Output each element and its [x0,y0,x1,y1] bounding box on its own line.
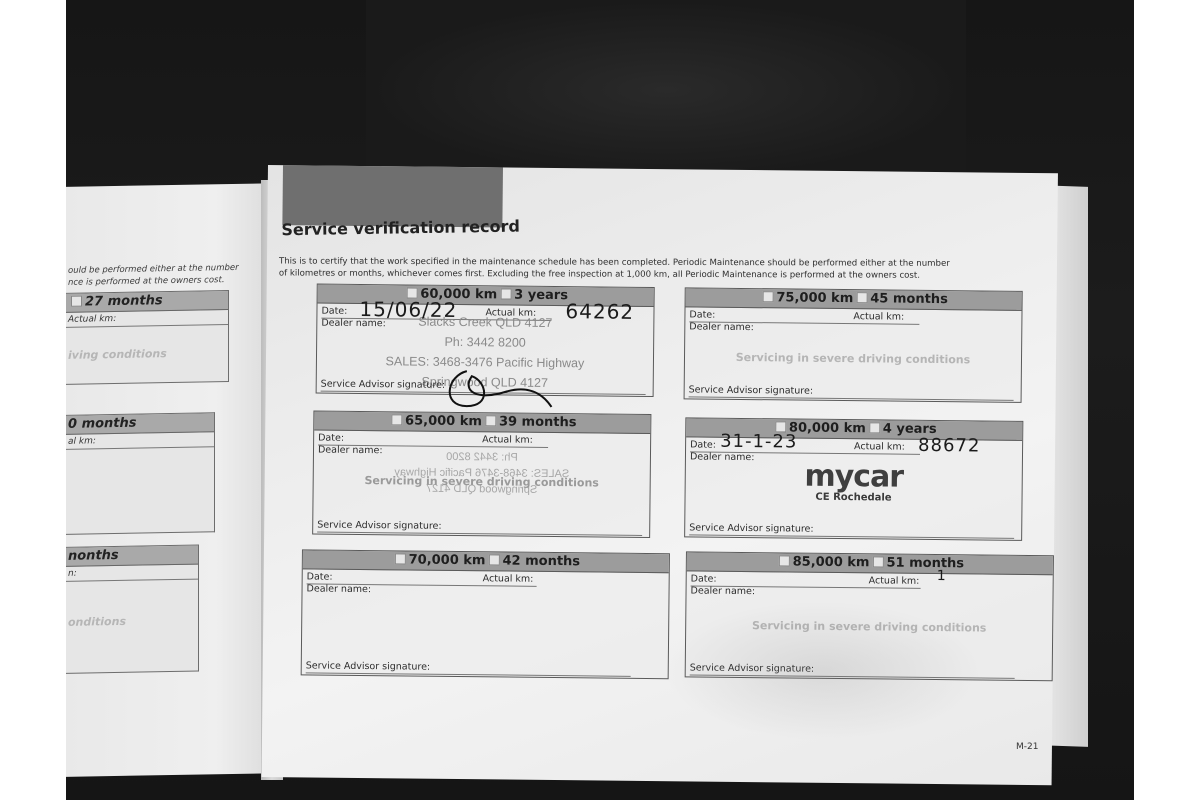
service-record-65000: 65,000 km39 months Date: Actual km: Deal… [312,410,651,538]
page-number: M-21 [1016,742,1038,752]
checkbox[interactable] [762,291,773,302]
checkbox[interactable] [488,554,499,565]
handwritten-date: 31-1-23 [720,431,797,453]
handwritten-km: 88672 [918,435,980,457]
handwritten-km: 64262 [565,299,634,324]
checkbox[interactable] [872,556,883,567]
checkbox[interactable] [856,292,867,303]
checkbox[interactable] [500,288,511,299]
service-record-60000: 60,000 km3 years Date: Actual km: Dealer… [316,284,655,398]
checkbox[interactable] [395,553,406,564]
left-page-intro: ould be performed either at the number n… [68,261,273,289]
checkbox[interactable] [391,414,402,425]
handwritten-date: 15/06/22 [359,297,457,322]
service-record-75000: 75,000 km45 months Date: Actual km: Deal… [684,287,1023,403]
left-service-box: 27 months Actual km: iving conditions [66,290,229,385]
left-service-box: nonths n: onditions [66,545,199,674]
checkbox[interactable] [485,415,496,426]
right-page: Service verification record This is to c… [262,165,1058,785]
checkbox[interactable] [779,555,790,566]
service-record-70000: 70,000 km42 months Date: Actual km: Deal… [301,549,670,679]
intro-text: This is to certify that the work specifi… [279,255,959,281]
dealer-logo: mycar CE Rochedale [686,460,1022,505]
left-service-box: 0 months al km: [66,412,215,535]
page-title: Service verification record [281,217,520,240]
left-page: ould be performed either at the number n… [66,183,281,777]
car-seat [366,0,966,180]
checkbox [71,296,82,307]
photo-background: ould be performed either at the number n… [66,0,1134,800]
service-record-80000: 80,000 km4 years Date: Actual km: Dealer… [684,417,1023,541]
handwritten-mark: 1 [937,568,947,584]
checkbox[interactable] [869,422,880,433]
service-record-85000: 85,000 km51 months Date: Actual km: Deal… [685,551,1054,681]
